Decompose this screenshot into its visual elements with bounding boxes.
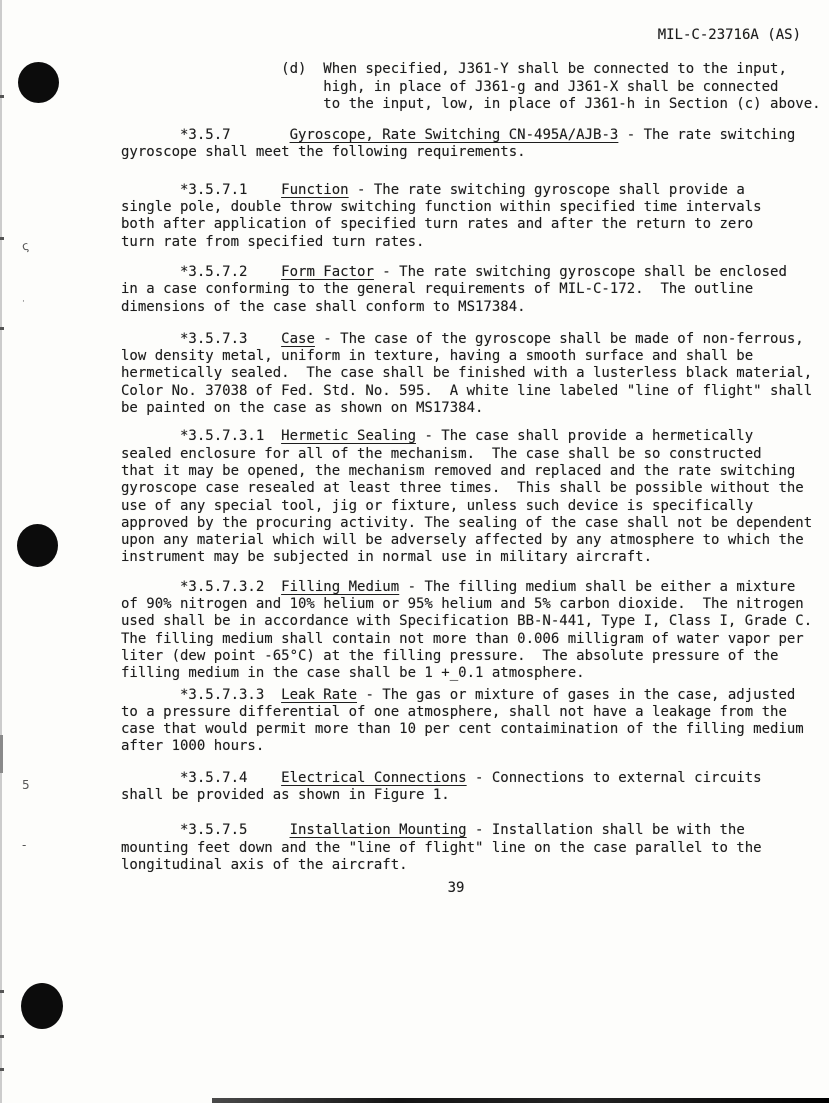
clause-number: *3.5.7.5 — [121, 822, 290, 838]
clause-heading: Installation Mounting — [290, 822, 467, 838]
punch-hole-mark — [17, 524, 58, 567]
clause-heading: Leak Rate — [281, 687, 357, 703]
scan-edge-tick — [0, 1068, 4, 1071]
scan-artifact: ς — [21, 238, 31, 253]
clause-text: - The case shall provide a hermetically … — [121, 428, 812, 565]
clause-3-5-7-3-3: *3.5.7.3.3 Leak Rate - The gas or mixtur… — [121, 687, 827, 756]
clause-number: *3.5.7.2 — [121, 264, 281, 280]
scan-artifact: 5 — [22, 778, 30, 792]
scan-edge-line — [0, 0, 2, 1103]
document-number-header: MIL-C-23716A (AS) — [121, 27, 827, 44]
clause-3-5-7-4: *3.5.7.4 Electrical Connections - Connec… — [121, 770, 827, 805]
clause-number: *3.5.7 — [121, 127, 290, 143]
clause-3-5-7-3-1: *3.5.7.3.1 Hermetic Sealing - The case s… — [121, 428, 827, 566]
clause-heading: Filling Medium — [281, 579, 399, 595]
scan-edge-segment — [0, 735, 3, 773]
clause-3-5-7-2: *3.5.7.2 Form Factor - The rate switchin… — [121, 264, 827, 316]
clause-number: *3.5.7.3 — [121, 331, 281, 347]
scan-edge-tick — [0, 990, 4, 993]
clause-3-5-7-5: *3.5.7.5 Installation Mounting - Install… — [121, 822, 827, 874]
page-number: 39 — [121, 880, 791, 897]
clause-heading: Hermetic Sealing — [281, 428, 416, 444]
scanned-document-page: ς · 5 - MIL-C-23716A (AS) (d) When speci… — [0, 0, 829, 1103]
scan-edge-tick — [0, 95, 4, 98]
clause-heading: Gyroscope, Rate Switching CN-495A/AJB-3 — [290, 127, 619, 143]
scan-edge-tick — [0, 237, 4, 240]
scan-artifact: - — [22, 838, 26, 852]
clause-number: *3.5.7.3.3 — [121, 687, 281, 703]
clause-3-5-7: *3.5.7 Gyroscope, Rate Switching CN-495A… — [121, 127, 827, 162]
clause-3-5-7-3: *3.5.7.3 Case - The case of the gyroscop… — [121, 331, 827, 417]
punch-hole-mark — [21, 983, 63, 1029]
scan-edge-tick — [0, 327, 4, 330]
clause-heading: Electrical Connections — [281, 770, 466, 786]
list-item-d: (d) When specified, J361-Y shall be conn… — [121, 61, 827, 113]
clause-heading: Case — [281, 331, 315, 347]
scan-edge-tick — [0, 1035, 4, 1038]
clause-number: *3.5.7.3.1 — [121, 428, 281, 444]
punch-hole-mark — [18, 62, 59, 103]
scan-bottom-edge — [212, 1098, 829, 1103]
page-number-value: 39 — [448, 880, 465, 896]
clause-number: *3.5.7.4 — [121, 770, 281, 786]
clause-3-5-7-1: *3.5.7.1 Function - The rate switching g… — [121, 182, 827, 251]
clause-number: *3.5.7.1 — [121, 182, 281, 198]
clause-heading: Function — [281, 182, 348, 198]
clause-number: *3.5.7.3.2 — [121, 579, 281, 595]
clause-heading: Form Factor — [281, 264, 374, 280]
document-body: MIL-C-23716A (AS) (d) When specified, J3… — [121, 27, 827, 897]
clause-3-5-7-3-2: *3.5.7.3.2 Filling Medium - The filling … — [121, 579, 827, 683]
scan-artifact: · — [22, 297, 25, 307]
